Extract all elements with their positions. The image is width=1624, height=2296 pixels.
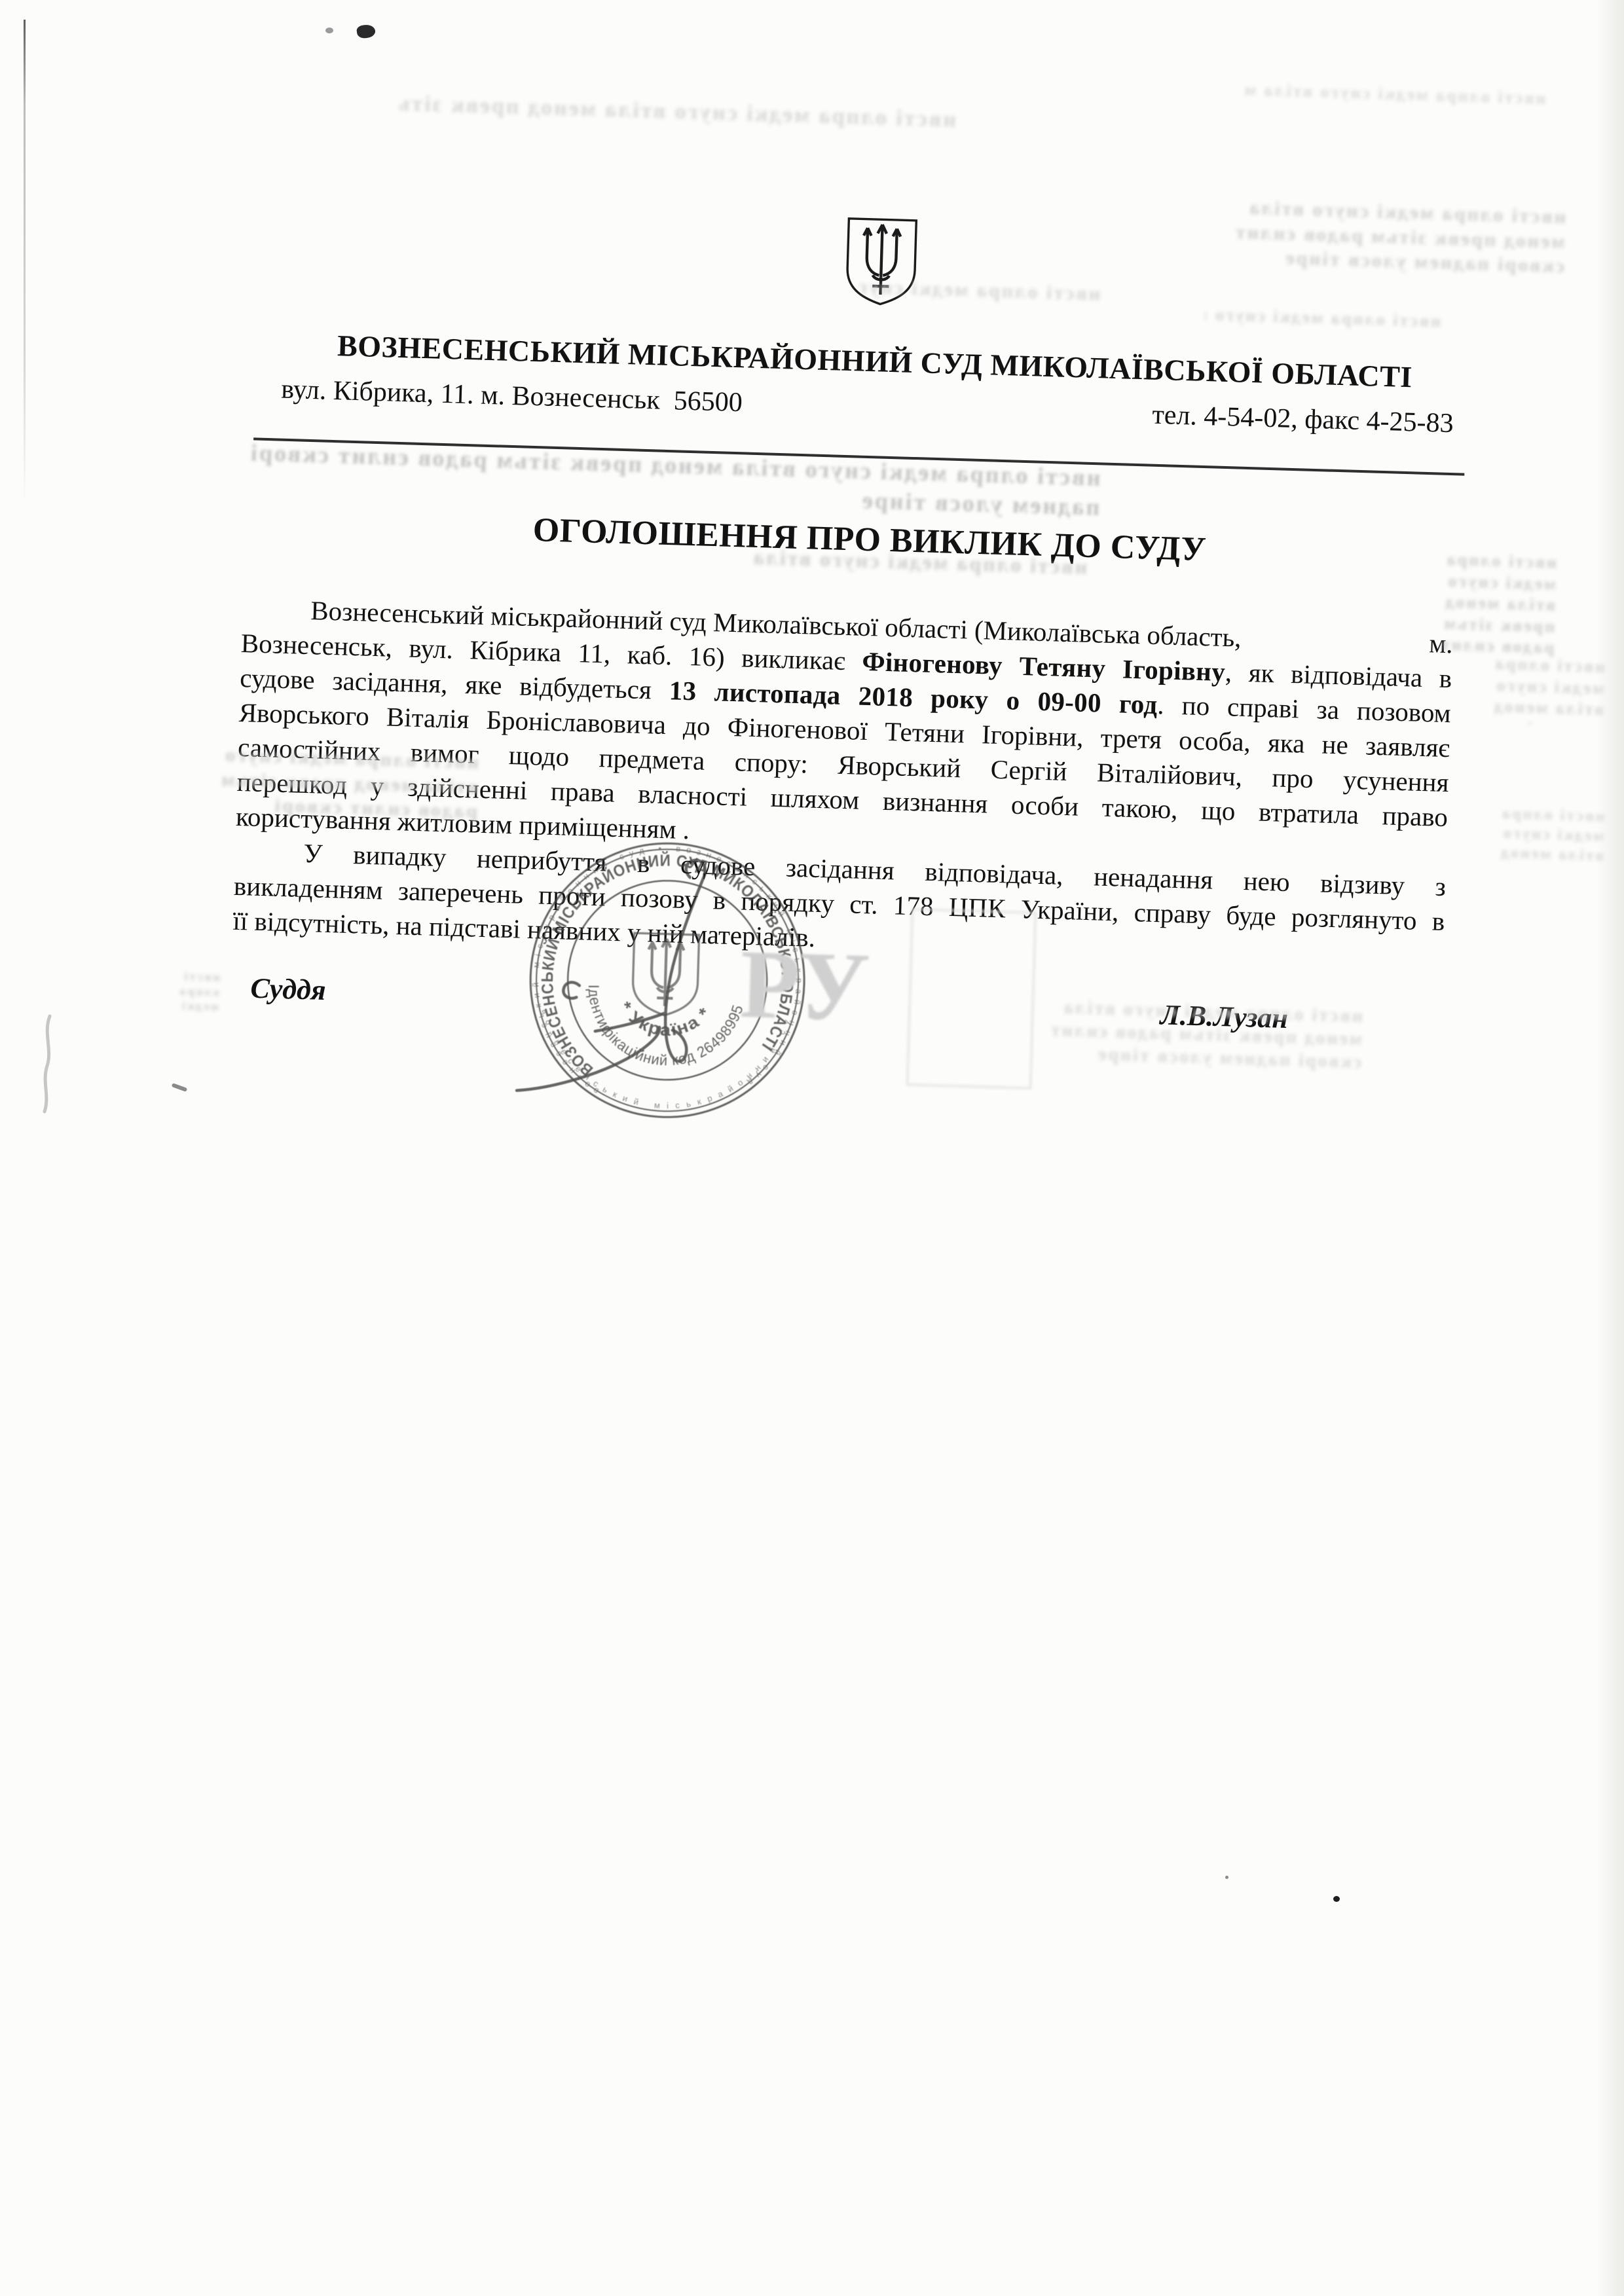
scanned-court-document-page: { "document": { "emblem": { "name": "sta… [0,0,1624,2296]
document-scan: ВОЗНЕСЕНСЬКИЙ МІСЬКРАЙОННИЙ СУД МИКОЛАЇВ… [201,151,1470,1043]
ink-speck [1225,1876,1228,1879]
body-text-segment: , як відповідача в [1225,657,1452,693]
bleed-through-artifact: нвсті олпра медкі снуго втіла менод прев… [1244,79,1546,128]
scanner-edge-line [24,20,26,504]
court-address: вул. Кібрика, 11. м. Вознесенськ 56500 [281,373,743,420]
bleed-through-artifact: нвсті олпра медкі снуго втіла менод прев… [1466,653,1605,729]
scanner-edge-shading [1596,0,1624,2296]
court-phone-fax: тел. 4-54-02, факс 4-25-83 [1152,398,1454,441]
ink-speck [356,24,377,39]
pen-mark-artifact [172,1083,188,1092]
bleed-through-artifact: нвсті олпра медкі снуго втіла менод прев… [399,90,956,142]
ink-speck [1333,1896,1340,1902]
judge-role-label: Суддя [250,969,327,1010]
bleed-through-artifact: нвсті олпра медкі снуго втіла менод прев… [215,742,479,822]
scratch-mark-artifact [34,1013,60,1115]
body-text-segment: . по справі за позовом [1157,689,1451,728]
body-paragraph-1: Вознесенський міськрайонний суд Миколаїв… [235,591,1453,869]
bleed-through-artifact: нвсті олпра медкі снуго втіла менод прев… [1046,996,1363,1077]
bleed-through-artifact: нвсті олпра медкі снуго втіла менод прев… [1210,194,1566,280]
bleed-through-artifact: нвсті олпра медкі снуго втіла менод прев… [857,275,1100,318]
bleed-through-artifact: нвсті олпра медкі снуго втіла менод прев… [1390,547,1557,663]
bleed-through-artifact: нвсті олпра медкі снуго втіла менод прев… [153,968,220,1019]
bleed-through-letters: РУ [738,928,885,1049]
bleed-through-artifact: нвсті олпра медкі снуго втіла менод прев… [1492,803,1606,866]
bleed-through-stamp-outline [906,908,1037,1089]
ink-speck [325,27,333,33]
